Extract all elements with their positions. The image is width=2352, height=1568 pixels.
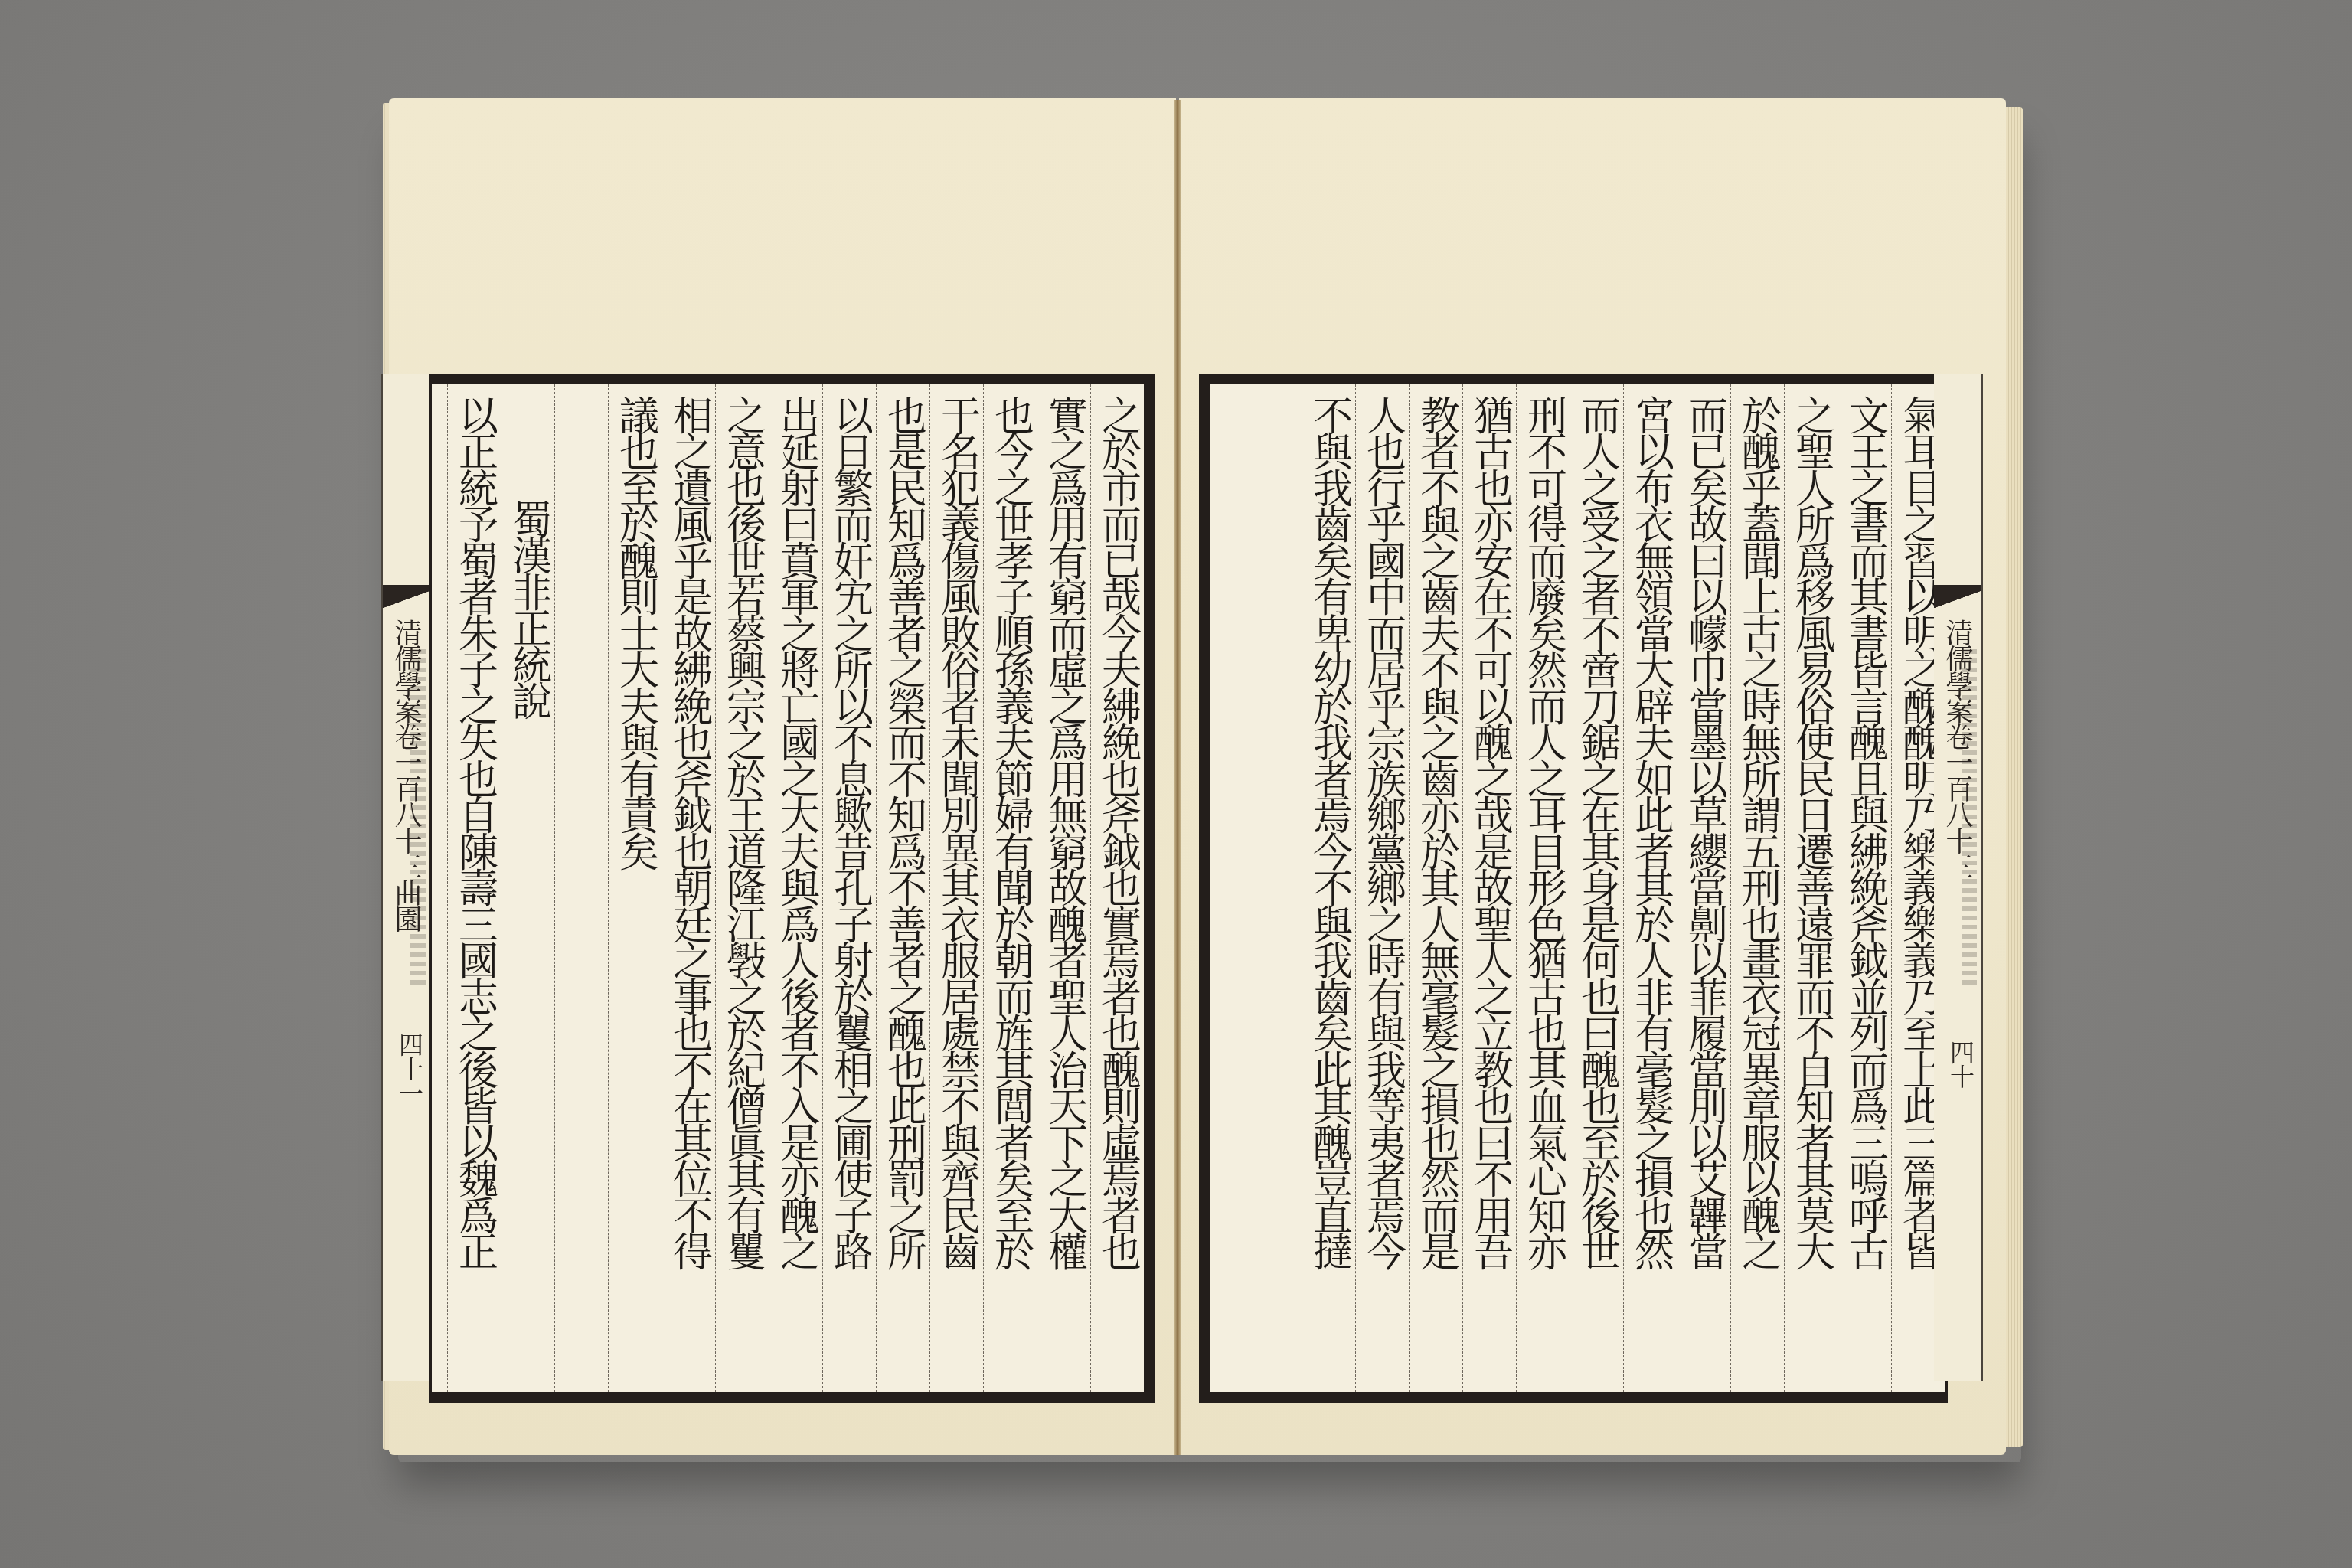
left-page-number: 四十一 xyxy=(392,1032,427,1106)
text-column: 不與我齒矣有卑幼於我者焉今不與我齒矣此其醜豈直撻 xyxy=(1302,384,1355,1392)
text-column: 猶古也亦安在不可以醜之哉是故聖人之立教也曰不用吾 xyxy=(1462,384,1516,1392)
text-column: 之於市而已哉今夫紼絻也斧鉞也實焉者也醜則虛焉者也 xyxy=(1090,384,1144,1392)
right-margin-label: 清儒學案卷一百八十三 xyxy=(1940,619,1974,879)
fishtail-mark-icon xyxy=(1934,585,1981,609)
text-column: 實之爲用有窮而虛之爲用無窮故醜者聖人治天下之大權 xyxy=(1037,384,1090,1392)
right-text-frame: 氣耳目之習以明之醜醜明乃樂義樂義乃至上此三篇者皆 文王之書而其書皆言醜且與紼絻斧… xyxy=(1199,374,1948,1403)
text-column: 宮以布衣無領當大辟夫如此者其於人非有毫髮之損也然 xyxy=(1623,384,1677,1392)
text-column: 出延射曰賁軍之將亡國之大夫與爲人後者不入是亦醜之 xyxy=(769,384,822,1392)
text-column: 以日繁而奸宄之所以不息歟昔孔子射於矍相之圃使子路 xyxy=(822,384,876,1392)
text-column: 以正統予蜀者朱子之失也自陳壽三國志之後皆以魏爲正 xyxy=(447,384,501,1392)
section-title-column: 蜀漢非正統說 xyxy=(501,384,554,1392)
text-column: 教者不與之齒夫不與之齒亦於其人無毫髮之損也然而是 xyxy=(1409,384,1462,1392)
text-column: 議也至於醜則士大夫與有責矣 xyxy=(608,384,661,1392)
text-column: 而人之受之者不啻刀鋸之在其身是何也曰醜也至於後世 xyxy=(1570,384,1623,1392)
right-margin-strip: 清儒學案卷一百八十三 四十 xyxy=(1934,374,1983,1381)
left-margin-strip: 清儒學案卷一百八十三曲園 四十一 xyxy=(381,374,430,1381)
text-column: 也今之世孝子順孫義夫節婦有聞於朝而旌其閭者矣至於 xyxy=(983,384,1037,1392)
text-column: 而已矣故曰以幪巾當墨以草纓當劓以菲履當刖以艾韠當 xyxy=(1677,384,1730,1392)
text-column: 相之遺風乎是故紼絻也斧鉞也朝廷之事也不在其位不得 xyxy=(661,384,715,1392)
text-column: 干名犯義傷風敗俗者未聞別異其衣服居處禁不與齊民齒 xyxy=(929,384,983,1392)
text-column: 刑不可得而廢矣然而人之耳目形色猶古也其血氣心知亦 xyxy=(1516,384,1570,1392)
blank-column xyxy=(554,384,608,1392)
right-page-number: 四十 xyxy=(1943,1040,1978,1089)
text-column: 人也行乎國中而居乎宗族鄉黨鄉之時有與我等夷者焉今 xyxy=(1355,384,1409,1392)
text-column: 之聖人所爲移風易俗使民日遷善遠罪而不自知者其莫大 xyxy=(1784,384,1837,1392)
fishtail-mark-icon xyxy=(383,585,430,609)
left-text-frame: 之於市而已哉今夫紼絻也斧鉞也實焉者也醜則虛焉者也 實之爲用有窮而虛之爲用無窮故醜… xyxy=(429,374,1155,1403)
text-column: 於醜乎蓋聞上古之時無所謂五刑也畫衣冠異章服以醜之 xyxy=(1730,384,1784,1392)
section-title: 蜀漢非正統說 xyxy=(501,384,555,1392)
right-text-columns: 氣耳目之習以明之醜醜明乃樂義樂義乃至上此三篇者皆 文王之書而其書皆言醜且與紼絻斧… xyxy=(1210,384,1945,1392)
left-text-columns: 之於市而已哉今夫紼絻也斧鉞也實焉者也醜則虛焉者也 實之爲用有窮而虛之爲用無窮故醜… xyxy=(432,384,1144,1392)
book-gutter xyxy=(1174,100,1181,1455)
text-column: 文王之書而其書皆言醜且與紼絻斧鉞並列而爲三嗚呼古 xyxy=(1837,384,1891,1392)
text-column: 也是民知爲善者之榮而不知爲不善者之醜也此刑罰之所 xyxy=(876,384,929,1392)
text-column: 之意也後世若蔡興宗之於王道隆江斅之於紀僧眞其有矍 xyxy=(715,384,769,1392)
left-margin-label: 清儒學案卷一百八十三曲園 xyxy=(389,619,423,931)
